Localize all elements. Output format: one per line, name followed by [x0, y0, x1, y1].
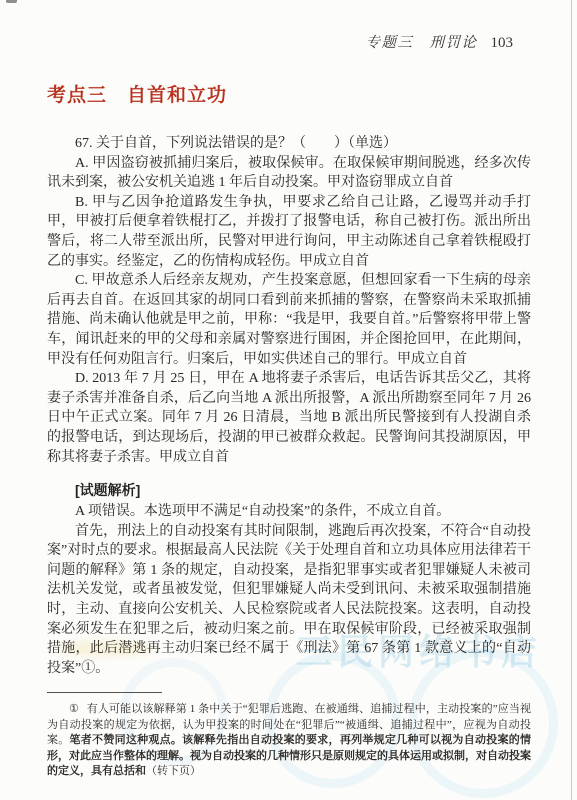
option-d: D. 2013 年 7 月 25 日，甲在 A 地将妻子杀害后，电话告诉其岳父乙… — [47, 369, 531, 467]
option-c: C. 甲故意杀人后经亲友规劝，产生投案意愿，但想回家看一下生病的母亲后再去自首。… — [47, 271, 531, 369]
analysis-paragraph-2: 首先，刑法上的自动投案有其时间限制，逃跑后再次投案，不符合“自动投案”对时点的要… — [47, 522, 531, 679]
scan-artifact-mark — [6, 0, 17, 3]
footnote-continued-note: （转下页） — [146, 765, 201, 777]
question-stem: 67. 关于自首，下列说法错误的是？（ ）（单选） — [47, 134, 531, 154]
running-header: 专题三 刑罚论103 — [366, 31, 514, 52]
footnote-text-bold: 笔者不赞同这种观点。该解释先指出自动投案的要求，再列举规定几种可以视为自动投案的… — [47, 734, 531, 777]
analysis-header: [试题解析] — [47, 480, 531, 500]
footnote-divider — [47, 692, 162, 693]
page-edge-line — [571, 0, 572, 800]
page-number: 103 — [491, 35, 514, 51]
option-b: B. 甲与乙因争抢道路发生争执，甲要求乙给自己让路，乙谩骂并动手打甲，甲被打后便… — [47, 193, 531, 271]
footnote: ①有人可能以该解释第 1 条中关于“犯罪后逃跑、在被通缉、追捕过程中，主动投案的… — [47, 702, 531, 779]
analysis-paragraph-1: A 项错误。本选项甲不满足“自动投案”的条件，不成立自首。 — [47, 502, 531, 522]
page-content: 考点三 自首和立功 67. 关于自首，下列说法错误的是？（ ）（单选） A. 甲… — [47, 80, 531, 779]
running-header-chapter: 专题三 刑罚论 — [366, 35, 478, 51]
option-a: A. 甲因盗窃被抓捕归案后，被取保候审。在取保候审期间脱逃，经多次传讯未到案，被… — [47, 154, 531, 193]
section-title: 考点三 自首和立功 — [47, 80, 531, 107]
footnote-marker: ① — [69, 703, 79, 715]
book-page: 专题三 刑罚论103 三民网络书店 考点三 自首和立功 67. 关于自首，下列说… — [0, 0, 577, 800]
